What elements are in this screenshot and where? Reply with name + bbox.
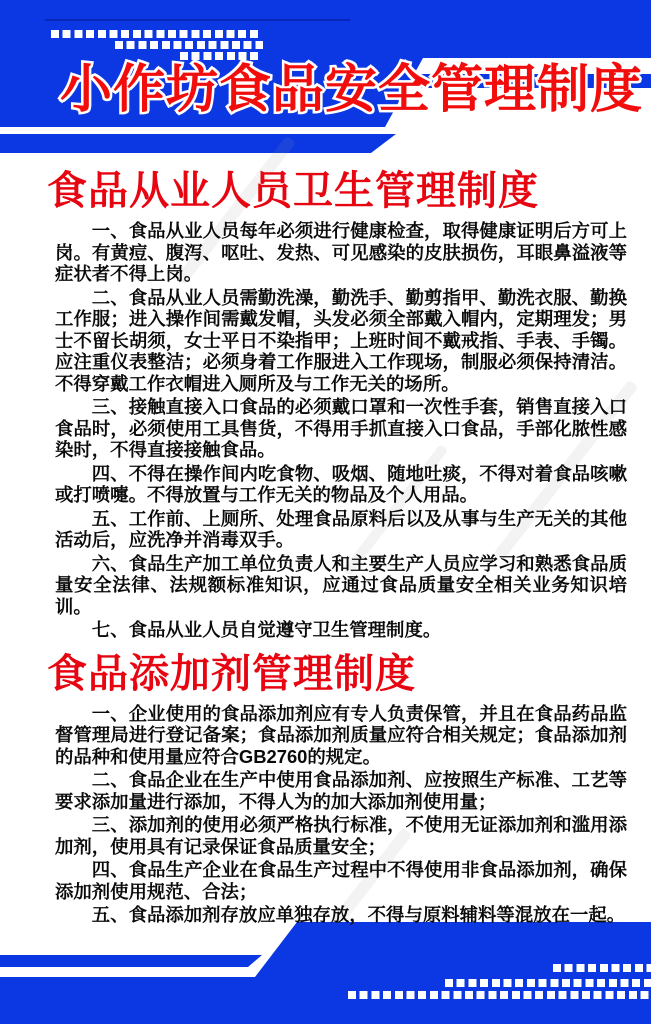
footer-left-stripe: [0, 955, 262, 967]
policy-paragraph: 五、食品添加剂存放应单独存放，不得与原料辅料等混放在一起。: [55, 904, 627, 926]
policy-paragraph: 三、接触直接入口食品的必须戴口罩和一次性手套，销售直接入口食品时，必须使用工具售…: [55, 396, 627, 461]
policy-paragraph: 一、食品从业人员每年必须进行健康检查，取得健康证明后方可上岗。有黄痘、腹泻、呕吐…: [55, 220, 627, 285]
policy-paragraph: 七、食品从业人员自觉遵守卫生管理制度。: [55, 619, 627, 641]
policy-paragraph: 六、食品生产加工单位负责人和主要生产人员应学习和熟悉食品质量安全法律、法规额标准…: [55, 553, 627, 618]
policy-paragraph: 二、食品企业在生产中使用食品添加剂、应按照生产标准、工艺等要求添加量进行添加，不…: [55, 769, 627, 812]
section-hygiene-heading: 食品从业人员卫生管理制度: [47, 168, 627, 214]
section-additive: 食品添加剂管理制度 一、企业使用的食品添加剂应有专人负责保管，并且在食品药品监督…: [47, 651, 627, 926]
section-additive-heading: 食品添加剂管理制度: [47, 651, 627, 697]
section-hygiene: 食品从业人员卫生管理制度 一、食品从业人员每年必须进行健康检查，取得健康证明后方…: [47, 168, 627, 641]
policy-paragraph: 五、工作前、上厕所、处理食品原料后以及从事与生产无关的其他活动后，应洗净并消毒双…: [55, 508, 627, 551]
policy-paragraph: 三、添加剂的使用必须严格执行标准，不使用无证添加剂和滥用添加剂，使用具有记录保证…: [55, 814, 627, 857]
dotted-square-row: [553, 964, 651, 972]
policy-paragraph: 四、不得在操作间内吃食物、吸烟、随地吐痰，不得对着食品咳嗽或打喷嚏。不得放置与工…: [55, 463, 627, 506]
policy-paragraph: 一、企业使用的食品添加剂应有专人负责保管，并且在食品药品监督管理局进行登记备案；…: [55, 703, 627, 768]
poster-body: 食品从业人员卫生管理制度 一、食品从业人员每年必须进行健康检查，取得健康证明后方…: [0, 0, 651, 926]
dotted-square-row: [348, 991, 651, 999]
poster: 小作坊食品安全管理制度 食品从业人员卫生管理制度 一、食品从业人员每年必须进行健…: [0, 0, 651, 1024]
policy-paragraph: 四、食品生产企业在食品生产过程中不得使用非食品添加剂，确保添加剂使用规范、合法；: [55, 859, 627, 902]
dotted-square-row: [445, 979, 651, 987]
footer-blue-block: [0, 922, 651, 1024]
policy-paragraph: 二、食品从业人员需勤洗澡，勤洗手、勤剪指甲、勤洗衣服、勤换工作服；进入操作间需戴…: [55, 287, 627, 395]
poster-title: 小作坊食品安全管理制度: [60, 62, 643, 118]
